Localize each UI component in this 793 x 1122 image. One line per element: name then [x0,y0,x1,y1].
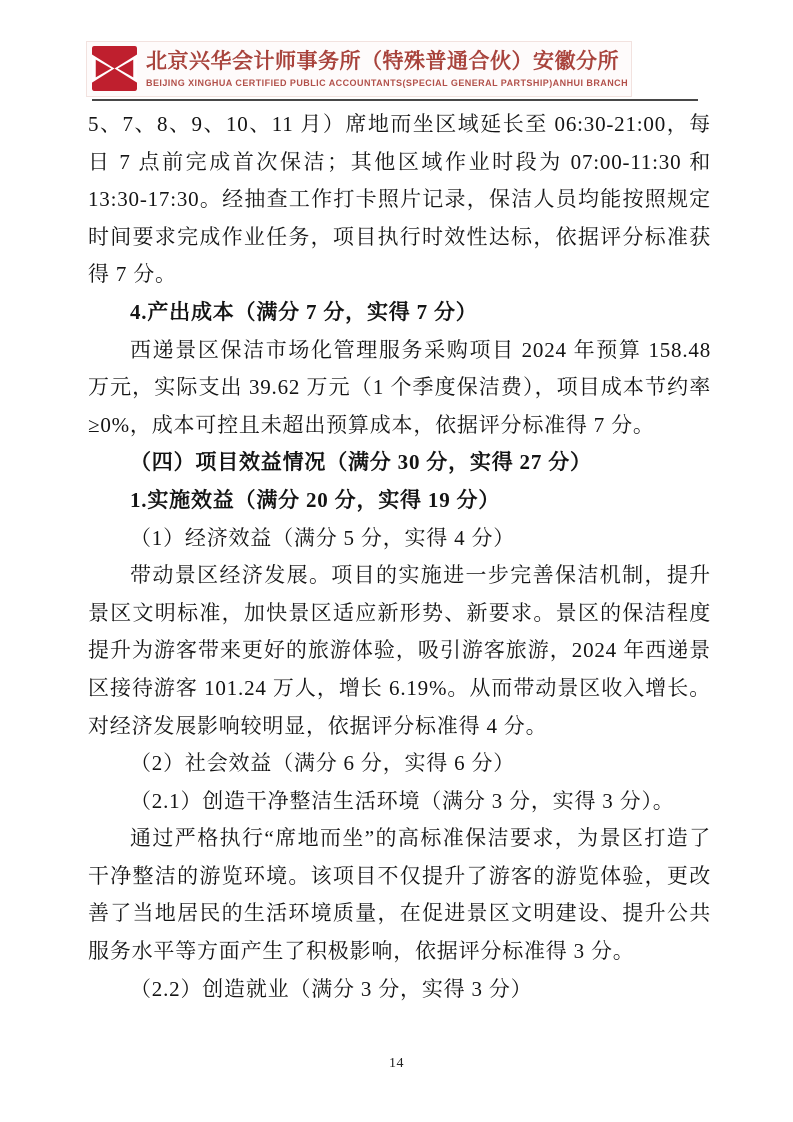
paragraph: 带动景区经济发展。项目的实施进一步完善保洁机制，提升景区文明标准，加快景区适应新… [88,557,711,745]
paragraph: 5、7、8、9、10、11 月）席地而坐区域延长至 06:30-21:00，每日… [88,106,711,294]
paragraph: 通过严格执行“席地而坐”的高标准保洁要求，为景区打造了干净整洁的游览环境。该项目… [88,820,711,970]
paragraph: （2.1）创造干净整洁生活环境（满分 3 分，实得 3 分）。 [88,783,711,821]
org-name-cn: 北京兴华会计师事务所（特殊普通合伙）安徽分所 [146,49,628,74]
paragraph: 4.产出成本（满分 7 分，实得 7 分） [88,294,711,332]
org-name-block: 北京兴华会计师事务所（特殊普通合伙）安徽分所 BEIJING XINGHUA C… [146,49,628,87]
document-page: { "header": { "org_name_cn": "北京兴华会计师事务所… [0,0,793,1122]
paragraph: （四）项目效益情况（满分 30 分，实得 27 分） [88,444,711,482]
header-divider [92,99,698,101]
paragraph: （2.2）创造就业（满分 3 分，实得 3 分） [88,971,711,1009]
org-name-en: BEIJING XINGHUA CERTIFIED PUBLIC ACCOUNT… [146,78,628,88]
paragraph: 1.实施效益（满分 20 分，实得 19 分） [88,482,711,520]
document-body: 5、7、8、9、10、11 月）席地而坐区域延长至 06:30-21:00，每日… [88,106,711,1008]
paragraph: （1）经济效益（满分 5 分，实得 4 分） [88,520,711,558]
letterhead: 北京兴华会计师事务所（特殊普通合伙）安徽分所 BEIJING XINGHUA C… [86,41,632,97]
page-number: 14 [0,1056,793,1072]
paragraph: 西递景区保洁市场化管理服务采购项目 2024 年预算 158.48 万元，实际支… [88,332,711,445]
xinghua-bowtie-logo-icon [92,46,137,91]
paragraph: （2）社会效益（满分 6 分，实得 6 分） [88,745,711,783]
